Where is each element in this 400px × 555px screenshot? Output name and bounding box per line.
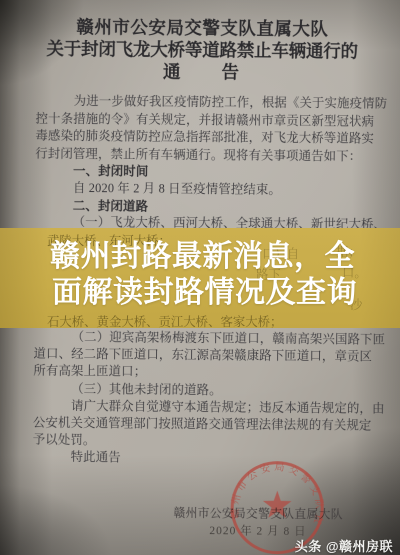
watermark: 头条@赣州房联 <box>295 536 393 555</box>
watermark-handle: @赣州房联 <box>326 539 393 554</box>
headline-line-2: 面解读封路情况及查询 <box>52 275 400 311</box>
covered-doc-text: 石大桥、黄金大桥、贡江大桥、客家大桥； <box>47 312 282 330</box>
notice-photo: 赣州市公安局交警支队直属大队 关于封闭飞龙大桥等道路禁止车辆通行的 通 告 为进… <box>0 0 400 555</box>
watermark-source: 头条 <box>295 539 322 554</box>
body-line: 控十条措施的令》有关规定，并报请赣州市章贡区新型冠状病 <box>36 111 372 128</box>
body-line: 行封闭管理，禁止所有车辆通行。现将有关事项通告如下： <box>35 146 371 163</box>
body-line: 所有高架上匝道口； <box>33 364 369 381</box>
body-line: （三）其他未封闭的道路。 <box>33 381 400 398</box>
headline-line-1: 赣州封路最新消息，全 <box>50 239 400 275</box>
notice-title-tonggao: 通 告 <box>2 57 400 85</box>
headline-overlay-band: 武陵大桥、东河大桥； 口）自 据； 路下 口。 沙 石大桥、黄金大桥、贡江大桥、… <box>0 228 400 328</box>
body-line: （二）迎宾高架杨梅渡东下匝道口，赣南高架兴国路下匝 <box>34 330 400 347</box>
headline: 赣州封路最新消息，全 面解读封路情况及查询 <box>0 239 400 311</box>
body-line: 予以处罚。 <box>33 432 369 449</box>
body-line: 道口、经二路下匝道口，东江源高架赣康路下匝道口，章贡区 <box>33 347 369 364</box>
body-line: 自 2020 年 2 月 8 日至疫情管控结束。 <box>35 181 400 198</box>
body-line: 特此通告 <box>33 449 400 466</box>
body-line: 公安机关交通管理部门按照道路交通管理法律法规的有关规定 <box>33 415 369 432</box>
body-line: 请广大群众自觉遵守本通告规定；违反本通告规定的，由 <box>33 398 400 415</box>
body-line: 毒感染的肺炎疫情防控应急指挥部批准，对飞龙大桥等道路实 <box>35 129 371 146</box>
section-heading-closure-time: 一、封闭时间 <box>35 164 400 181</box>
section-heading-closed-roads: 二、封闭道路 <box>35 198 400 215</box>
star-icon <box>263 491 292 518</box>
body-line: 为进一步做好我区疫情防控工作，根据《关于实施疫情防 <box>36 94 400 111</box>
